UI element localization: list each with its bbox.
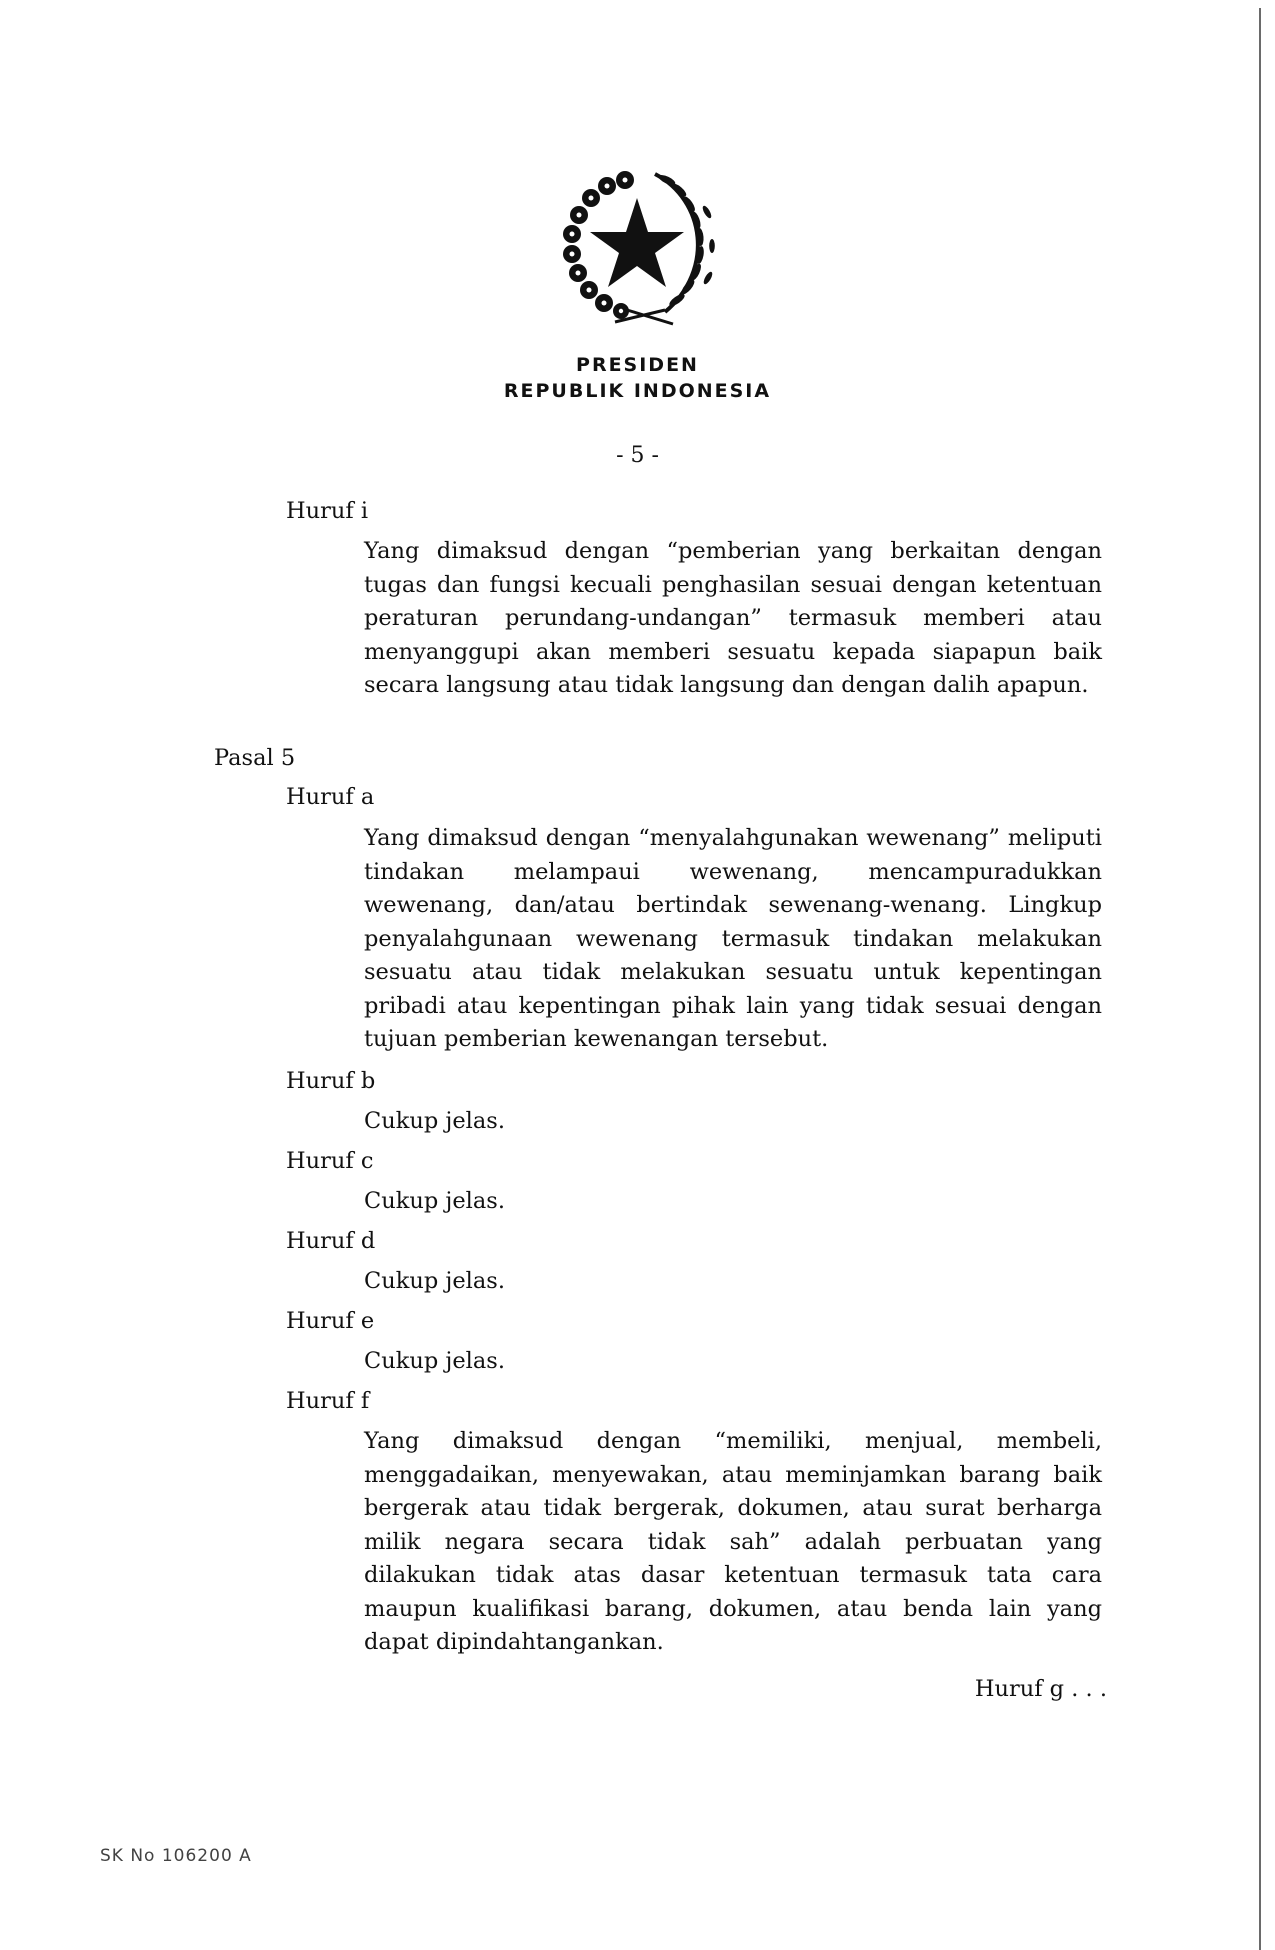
huruf-i-paragraph: Yang dimaksud dengan “pemberian yang ber… [364, 535, 1102, 703]
huruf-i-label: Huruf i [286, 495, 368, 529]
huruf-e-label: Huruf e [286, 1305, 374, 1339]
presidential-emblem-icon [555, 160, 720, 340]
huruf-c-text: Cukup jelas. [364, 1185, 505, 1219]
huruf-e-text: Cukup jelas. [364, 1345, 505, 1379]
huruf-f-paragraph: Yang dimaksud dengan “memiliki, menjual,… [364, 1425, 1102, 1660]
huruf-a-text: Yang dimaksud dengan “menyalahgunakan we… [364, 822, 1102, 1057]
huruf-b-label: Huruf b [286, 1065, 375, 1099]
huruf-a-paragraph: Yang dimaksud dengan “menyalahgunakan we… [364, 822, 1102, 1057]
next-page-continuation: Huruf g . . . [975, 1673, 1107, 1707]
huruf-d-label: Huruf d [286, 1225, 375, 1259]
huruf-c-label: Huruf c [286, 1145, 373, 1179]
huruf-a-label: Huruf a [286, 781, 374, 815]
document-page: PRESIDEN REPUBLIK INDONESIA - 5 - Huruf … [0, 0, 1275, 1950]
huruf-f-text: Yang dimaksud dengan “memiliki, menjual,… [364, 1425, 1102, 1660]
huruf-b-text: Cukup jelas. [364, 1105, 505, 1139]
huruf-i-text: Yang dimaksud dengan “pemberian yang ber… [364, 535, 1102, 703]
huruf-f-label: Huruf f [286, 1385, 369, 1419]
header-title-presiden: PRESIDEN [0, 354, 1275, 376]
header-title-republik: REPUBLIK INDONESIA [0, 380, 1275, 402]
footer-document-code: SK No 106200 A [100, 1846, 252, 1866]
pasal-5-label: Pasal 5 [214, 742, 295, 776]
scan-edge-line [1259, 8, 1261, 1950]
page-number: - 5 - [0, 443, 1275, 468]
huruf-d-text: Cukup jelas. [364, 1265, 505, 1299]
